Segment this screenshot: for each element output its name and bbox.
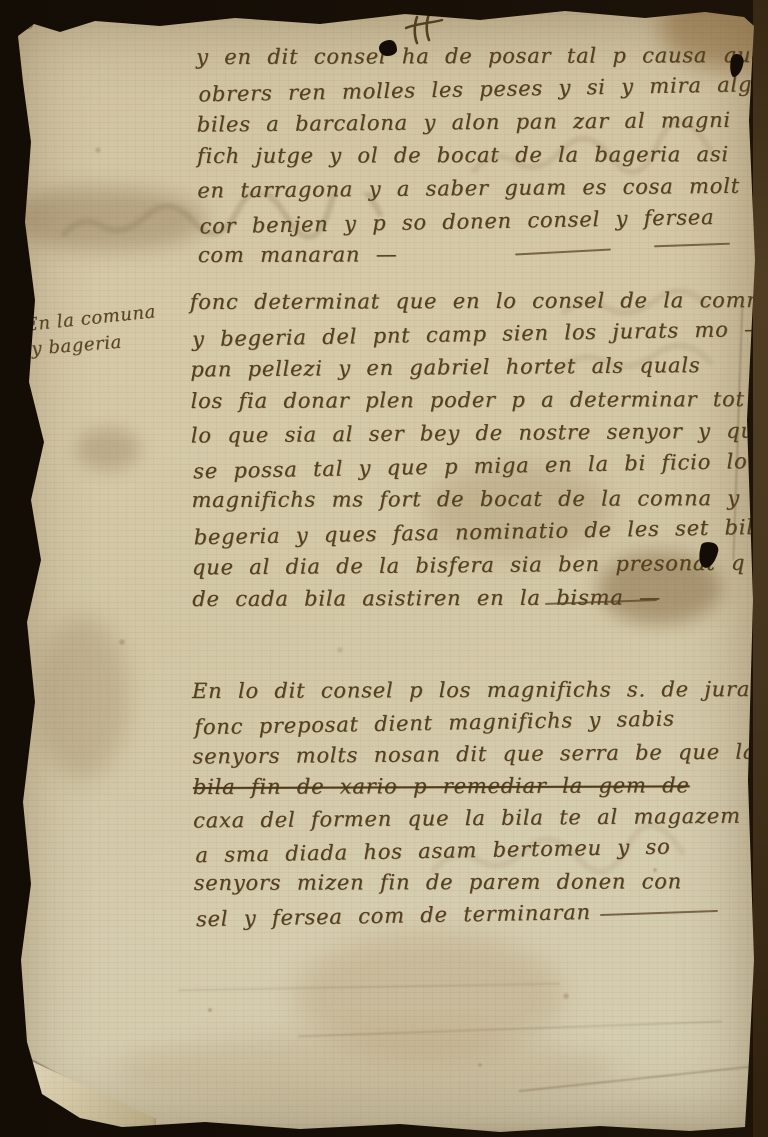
adjacent-folio-edge xyxy=(753,0,768,1137)
paragraph-council-proposal: En lo dit consel p los magnifichs s. de … xyxy=(192,675,768,936)
paper-stain xyxy=(76,428,140,470)
folio-number: 6 8 xyxy=(24,12,71,33)
paper-crease xyxy=(519,1066,750,1092)
manuscript-line: los fia donar plen poder p a determinar … xyxy=(191,387,768,422)
paper-stain xyxy=(36,616,128,780)
paper-stain xyxy=(116,1034,616,1106)
manuscript-line: sel y fersea com de terminaran xyxy=(196,897,768,940)
paragraph-council-advice: y en dit consel ha de posar tal p causa … xyxy=(196,41,768,277)
manuscript-line: bila fin de xario p remediar la gem de xyxy=(193,773,768,807)
margin-note: En la comunay bageria xyxy=(24,301,160,366)
paper-crease xyxy=(178,983,560,992)
manuscript-line: fich jutge y ol de bocat de la bageria a… xyxy=(197,142,768,177)
manuscript-scan: 6 8 En la comunay bageria y en dit conse… xyxy=(0,0,768,1137)
paragraph-council-resolution: fonc determinat que en lo consel de la c… xyxy=(190,286,768,621)
manuscript-page: 6 8 En la comunay bageria y en dit conse… xyxy=(0,0,768,1137)
paper-stain xyxy=(16,188,206,250)
invocation-cross-icon xyxy=(402,11,444,47)
paper-crease xyxy=(298,1021,722,1038)
paper-stain xyxy=(296,934,564,1058)
manuscript-line: de cada bila asistiren en la bisma — xyxy=(192,585,768,620)
